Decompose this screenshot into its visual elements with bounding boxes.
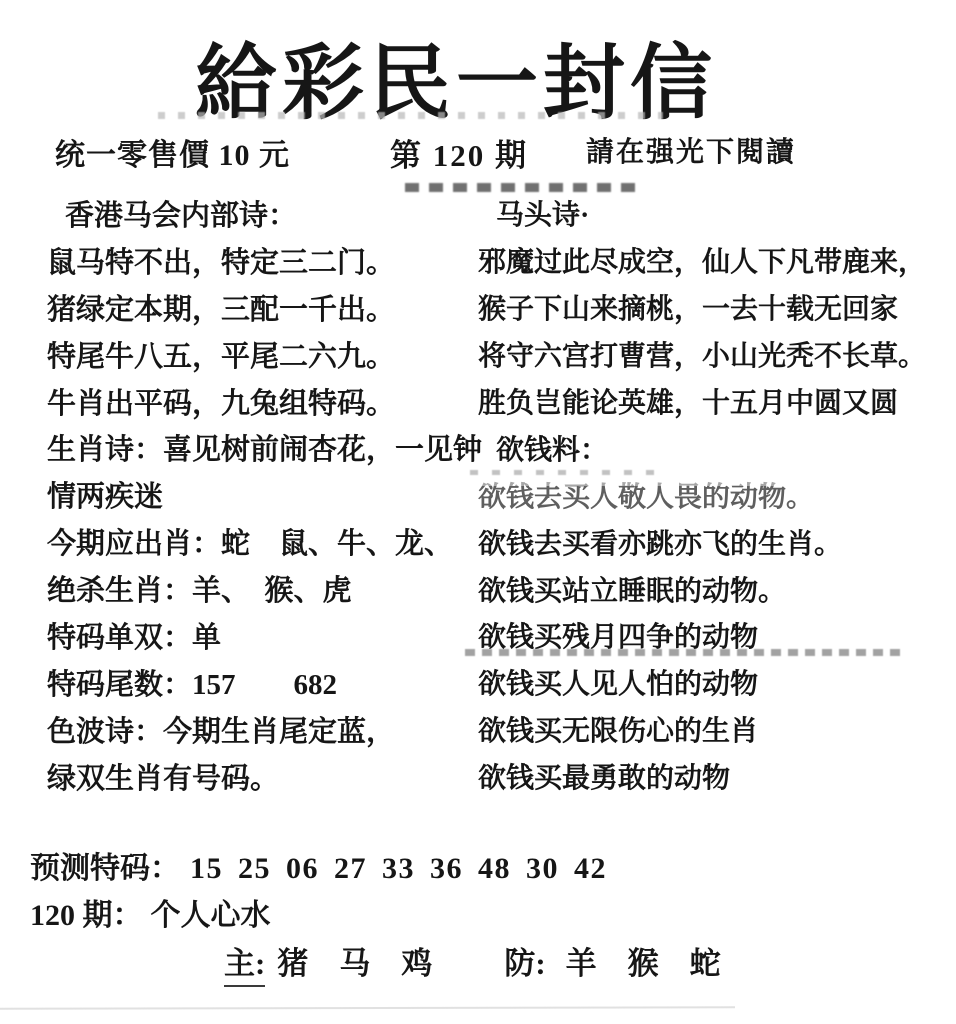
money-clue-line: 欲钱买人见人怕的动物 [478, 659, 953, 706]
color-wave-line: 绿双生肖有号码。 [47, 753, 472, 800]
inner-poem-line: 鼠马特不出，特定三二门。 [47, 237, 472, 284]
horse-head-poem-line: 胜负岂能论英雄，十五月中圆又圆 [478, 378, 953, 425]
killed-zodiac-line: 绝杀生肖：羊、 猴、虎 [47, 565, 472, 612]
color-wave-line: 色波诗：今期生肖尾定蓝， [47, 706, 472, 753]
right-column: 马头诗· 邪魔过此尽成空，仙人下凡带鹿来， 猴子下山来摘桃，一去十载无回家 将守… [478, 190, 953, 800]
tip-sheet-page: 給彩民一封信 统一零售價 10 元 第 120 期 請在强光下閱讀 香港马会内部… [0, 0, 956, 1024]
prediction-row: 预测特码：15 25 06 27 33 36 48 30 42 [30, 843, 607, 887]
odd-even-line: 特码单双：单 [47, 612, 472, 659]
main-zodiacs: 猪 马 鸡 [277, 938, 432, 983]
inner-poem-line: 猪绿定本期，三配一千出。 [47, 284, 472, 331]
money-clue-heading: 欲钱料： [478, 424, 953, 471]
right-column-heading: 马头诗· [478, 190, 953, 237]
print-smudge-bottom-line [0, 1006, 735, 1010]
horse-head-poem-line: 将守六宫打曹营，小山光秃不长草。 [478, 331, 953, 378]
guard-label: 防: [504, 938, 545, 983]
zodiac-poem-line: 情两疾迷 [47, 471, 472, 518]
issue-number-label: 第 120 期 [390, 130, 528, 175]
main-guard-row: 主: 猪 马 鸡 防: 羊 猴 蛇 [224, 938, 721, 987]
tail-numbers-line: 特码尾数：157 682 [47, 659, 472, 706]
money-clue-line: 欲钱去买看亦跳亦飞的生肖。 [478, 518, 953, 565]
inner-poem-line: 牛肖出平码，九兔组特码。 [47, 378, 472, 425]
inner-poem-line: 特尾牛八五，平尾二六九。 [47, 331, 472, 378]
zodiac-poem-line: 生肖诗：喜见树前闹杏花，一见钟 [47, 424, 472, 471]
prediction-label: 预测特码： [30, 852, 180, 885]
guard-zodiacs: 羊 猴 蛇 [566, 938, 721, 983]
expected-zodiac-line: 今期应出肖：蛇 鼠、牛、龙、 [47, 518, 472, 565]
horse-head-poem-line: 邪魔过此尽成空，仙人下凡带鹿来， [478, 237, 953, 284]
personal-pick-row: 120 期：个人心水 [30, 890, 271, 934]
money-clue-line: 欲钱买无限伤心的生肖 [478, 706, 953, 753]
money-clue-line: 欲钱去买人敬人畏的动物。 [478, 471, 953, 518]
left-column-heading: 香港马会内部诗： [47, 190, 472, 237]
money-clue-line: 欲钱买残月四争的动物 [478, 612, 953, 659]
personal-pick-value: 个人心水 [151, 899, 271, 932]
reading-notice-label: 請在强光下閱讀 [586, 130, 796, 170]
retail-price-label: 统一零售價 10 元 [55, 130, 290, 174]
main-label: 主: [224, 938, 265, 987]
page-title: 給彩民一封信 [0, 18, 934, 135]
personal-pick-label: 120 期： [30, 899, 143, 932]
left-column: 香港马会内部诗： 鼠马特不出，特定三二门。 猪绿定本期，三配一千出。 特尾牛八五… [47, 190, 472, 800]
money-clue-line: 欲钱买站立睡眠的动物。 [478, 565, 953, 612]
prediction-numbers: 15 25 06 27 33 36 48 30 42 [190, 852, 607, 885]
horse-head-poem-line: 猴子下山来摘桃，一去十载无回家 [478, 284, 953, 331]
money-clue-line: 欲钱买最勇敢的动物 [478, 753, 953, 800]
